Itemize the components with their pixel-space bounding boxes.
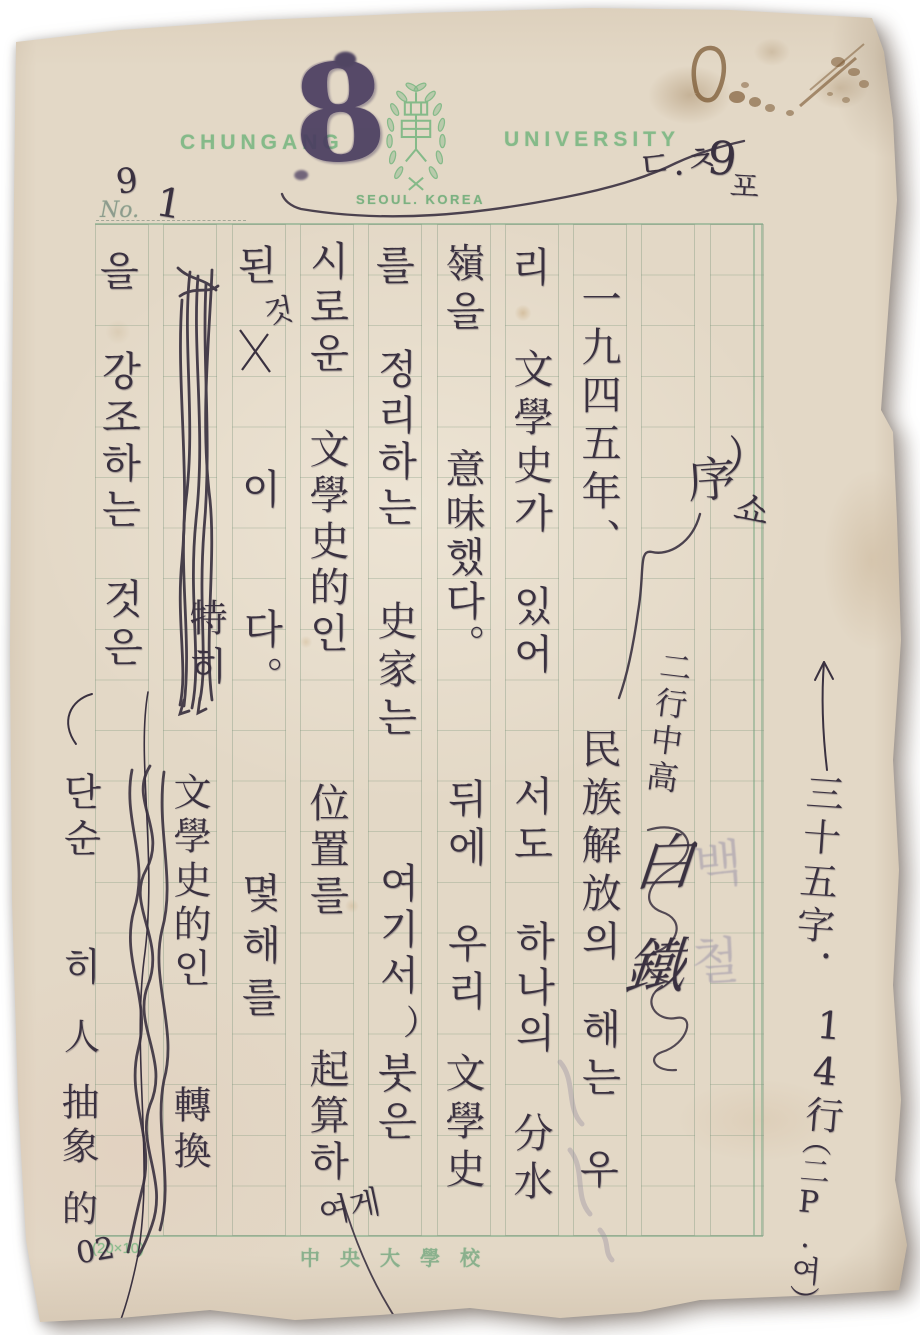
- column-wichi-5: 여게: [316, 1185, 383, 1229]
- column-munhaksa-1: 리: [512, 248, 551, 288]
- left-margin-note-4: 抽象: [58, 1082, 96, 1170]
- paper-shadow: CHUNGANG UNIVERSITY SEOUL. KOREA 8: [0, 0, 920, 1335]
- column-1945-2: 民族解放의: [578, 728, 618, 968]
- column-gangjo-1: 을: [100, 252, 139, 292]
- column-teukhi-2: 文學史的인: [170, 772, 208, 992]
- column-munhaksa-6: 分水: [510, 1112, 550, 1208]
- column-jeongni-3: 史家는: [374, 600, 414, 744]
- left-margin-note-2: 히: [64, 948, 101, 986]
- column-1945-1: 一九四五年、: [578, 278, 618, 566]
- column-ryeong-3: 뒤에: [444, 778, 484, 874]
- column-ryeong-4: 우리: [444, 922, 484, 1018]
- typeset-note: 二行中高: [642, 648, 692, 799]
- column-jeongni-6: 붓은: [374, 1052, 414, 1148]
- column-jeongni-4: 여기서: [376, 862, 416, 1000]
- handwriting-layer: 91ㄷ.ㅊ9포序）쇼二行中高白鐵백철三十五字．14行（二P.여）一九四五年、民族…: [0, 0, 920, 1335]
- signature-ink: 白鐵: [614, 830, 692, 1040]
- column-munhaksa-5: 하나의: [512, 920, 552, 1058]
- no-value: 1: [153, 182, 185, 226]
- margin-note-pages: （二P.여）: [783, 1124, 829, 1316]
- signature-pencil-1: 백: [692, 838, 744, 892]
- column-doen-5: 몇해를: [238, 872, 278, 1028]
- signature-pencil-2: 철: [690, 935, 741, 987]
- column-doen-3: 이: [242, 470, 281, 510]
- manuscript-paper: CHUNGANG UNIVERSITY SEOUL. KOREA 8: [0, 0, 920, 1335]
- column-teukhi-1: 特히: [186, 598, 224, 694]
- margin-note-lines: 14行: [800, 1002, 849, 1137]
- column-jeongni-1: 를: [376, 246, 415, 286]
- corner-note-3: 포: [729, 172, 760, 204]
- column-munhaksa-2: 文學史가: [510, 348, 550, 540]
- column-jeongni-5: ）: [402, 1006, 439, 1043]
- column-1945-3: 해는: [578, 1008, 618, 1104]
- column-ryeong-2: 意味했다。: [442, 448, 482, 668]
- column-1945-4: 우: [580, 1150, 619, 1190]
- column-wichi-1: 시로운: [306, 240, 346, 378]
- column-doen-2: 것: [262, 295, 296, 330]
- margin-note-count: 三十五字．: [789, 772, 842, 994]
- column-wichi-2: 文學史的인: [306, 428, 346, 658]
- left-margin-note-3: 人: [64, 1020, 100, 1056]
- left-margin-note-6: 02: [74, 1233, 117, 1269]
- title-mark-paren: ）: [722, 436, 772, 486]
- column-munhaksa-4: 서도: [510, 775, 550, 871]
- title-mark: 쇼: [731, 490, 773, 532]
- left-margin-note-5: 的: [62, 1192, 98, 1228]
- column-munhaksa-3: 있어: [510, 585, 550, 681]
- column-teukhi-3: 轉換: [170, 1085, 208, 1177]
- left-margin-note-1: 단순: [60, 772, 98, 864]
- column-wichi-4: 起算하: [306, 1048, 346, 1186]
- column-doen-1: 된: [238, 246, 277, 286]
- column-wichi-3: 位置를: [306, 782, 346, 920]
- column-gangjo-2: 강조하는: [98, 350, 138, 534]
- column-doen-4: 다。: [240, 608, 280, 704]
- page-number-note: 9: [114, 163, 140, 200]
- column-gangjo-3: 것은: [100, 578, 140, 674]
- column-ryeong-5: 文學史: [442, 1052, 482, 1196]
- column-jeongni-2: 정리하는: [374, 348, 414, 532]
- column-ryeong-1: 嶺을: [442, 242, 482, 338]
